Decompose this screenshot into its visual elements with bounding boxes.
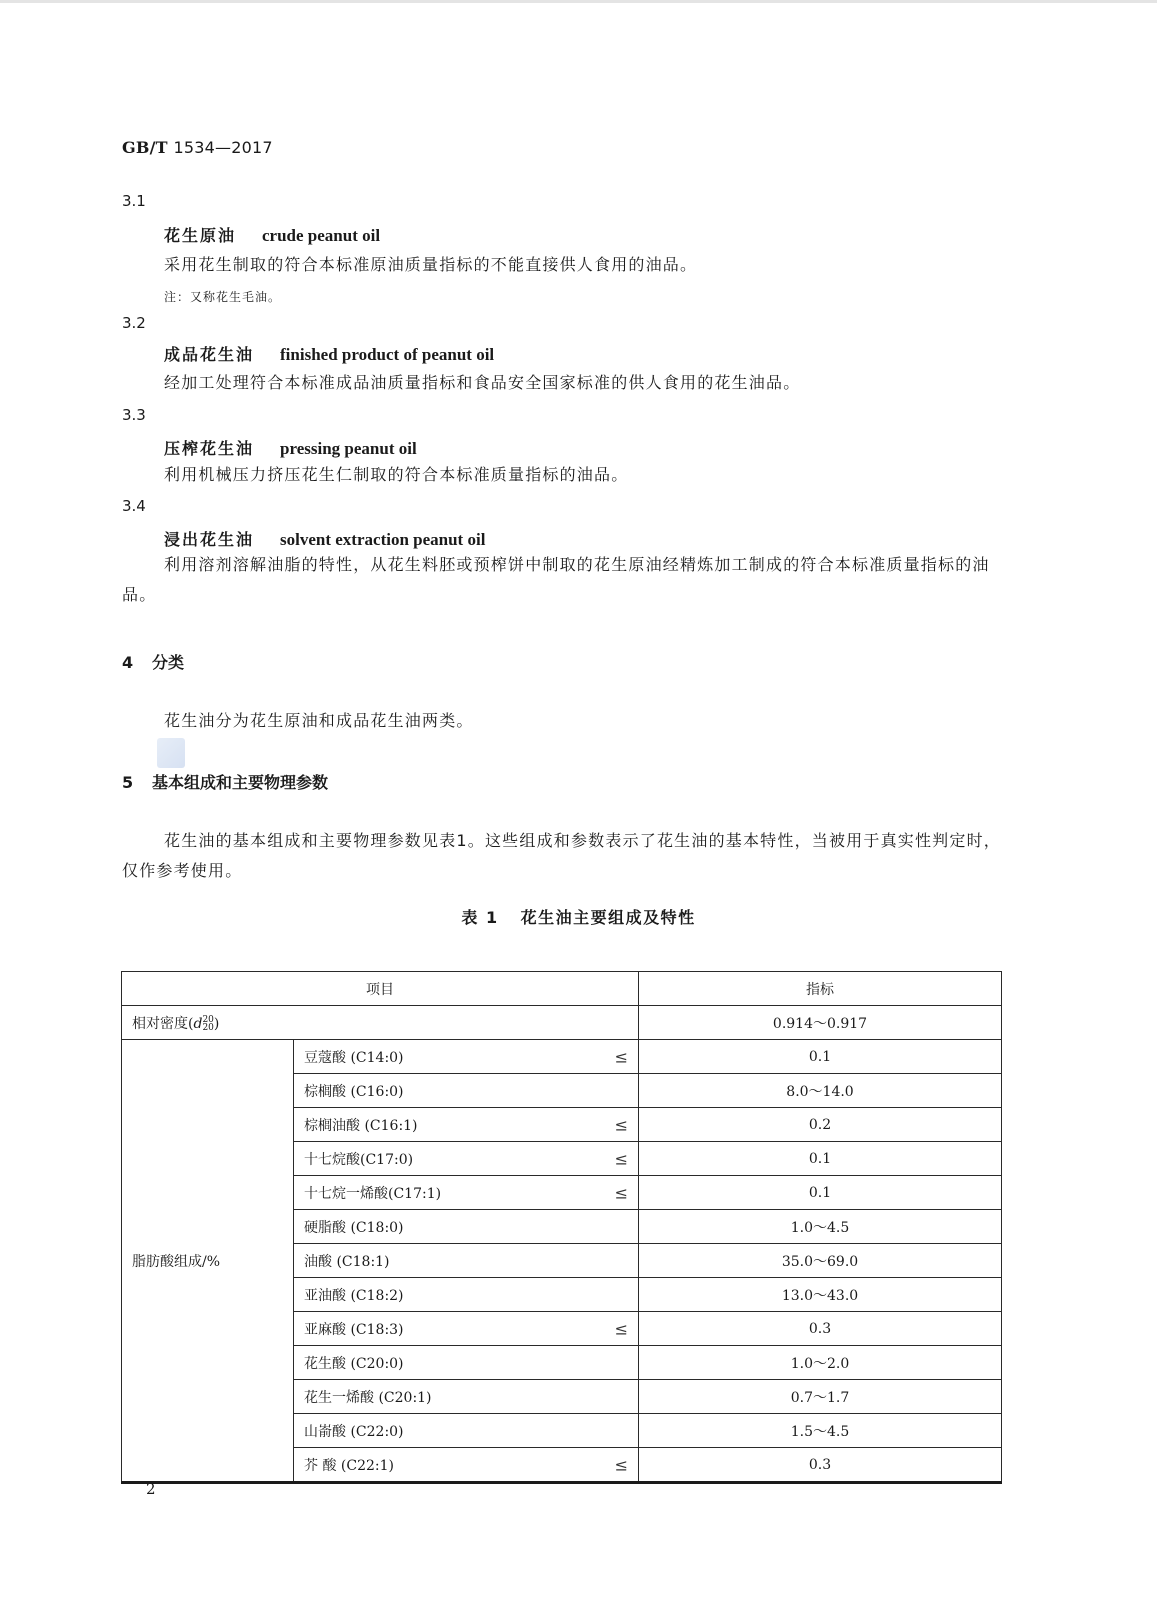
section-number: 4: [122, 653, 152, 672]
fatty-acid-name: 亚麻酸 (C18:3)≤: [294, 1312, 639, 1346]
fatty-acid-value: 1.0～2.0: [639, 1346, 1002, 1380]
section-title: 分类: [152, 653, 184, 672]
term-en: solvent extraction peanut oil: [280, 530, 485, 549]
fatty-acid-group-label: 脂肪酸组成/%: [122, 1040, 294, 1483]
fatty-acid-value: 8.0～14.0: [639, 1074, 1002, 1108]
standard-prefix: GB/T: [122, 138, 168, 157]
table-header-row: 项目 指标: [122, 972, 1002, 1006]
header-item: 项目: [122, 972, 639, 1006]
fatty-acid-name: 亚油酸 (C18:2): [294, 1278, 639, 1312]
fatty-acid-name: 硬脂酸 (C18:0): [294, 1210, 639, 1244]
section-body: 花生油分为花生原油和成品花生油两类。: [122, 706, 1002, 736]
less-equal-icon: ≤: [615, 1115, 628, 1134]
fatty-acid-name: 棕榈酸 (C16:0): [294, 1074, 639, 1108]
fatty-acid-name: 山嵛酸 (C22:0): [294, 1414, 639, 1448]
term-definition: 经加工处理符合本标准成品油质量指标和食品安全国家标准的供人食用的花生油品。: [164, 368, 1004, 398]
fatty-acid-name: 花生酸 (C20:0): [294, 1346, 639, 1380]
fatty-acid-name: 芥 酸 (C22:1)≤: [294, 1448, 639, 1483]
section-heading: 5基本组成和主要物理参数: [122, 770, 328, 793]
watermark-logo-icon: [157, 738, 185, 768]
page-top-edge: [0, 0, 1157, 3]
composition-table: 项目 指标 相对密度(d2020) 0.914～0.917 脂肪酸组成/% 豆蔻…: [121, 971, 1002, 1484]
fatty-acid-value: 0.7～1.7: [639, 1380, 1002, 1414]
table-row-density: 相对密度(d2020) 0.914～0.917: [122, 1006, 1002, 1040]
standard-number: 1534—2017: [174, 138, 273, 157]
less-equal-icon: ≤: [615, 1149, 628, 1168]
clause-number: 3.2: [122, 314, 146, 332]
less-equal-icon: ≤: [615, 1047, 628, 1066]
term-zh: 浸出花生油: [164, 530, 254, 549]
term-heading: 成品花生油finished product of peanut oil: [164, 342, 494, 365]
term-en: crude peanut oil: [262, 226, 380, 245]
fatty-acid-value: 0.1: [639, 1176, 1002, 1210]
fatty-acid-value: 0.1: [639, 1142, 1002, 1176]
section-title: 基本组成和主要物理参数: [152, 773, 328, 792]
fatty-acid-value: 1.5～4.5: [639, 1414, 1002, 1448]
fatty-acid-value: 35.0～69.0: [639, 1244, 1002, 1278]
term-heading: 花生原油crude peanut oil: [164, 223, 380, 246]
term-zh: 成品花生油: [164, 345, 254, 364]
fatty-acid-value: 13.0～43.0: [639, 1278, 1002, 1312]
standard-code: GB/T 1534—2017: [122, 138, 273, 157]
clause-number: 3.3: [122, 406, 146, 424]
term-zh: 压榨花生油: [164, 439, 254, 458]
less-equal-icon: ≤: [615, 1183, 628, 1202]
fatty-acid-name: 十七烷一烯酸(C17:1)≤: [294, 1176, 639, 1210]
less-equal-icon: ≤: [615, 1319, 628, 1338]
term-note: 注：又称花生毛油。: [164, 288, 281, 305]
fatty-acid-value: 0.2: [639, 1108, 1002, 1142]
page-number: 2: [146, 1480, 156, 1498]
fatty-acid-value: 0.3: [639, 1312, 1002, 1346]
less-equal-icon: ≤: [615, 1455, 628, 1474]
term-heading: 压榨花生油pressing peanut oil: [164, 436, 417, 459]
table-caption: 表 1花生油主要组成及特性: [0, 905, 1157, 928]
header-value: 指标: [639, 972, 1002, 1006]
section-heading: 4分类: [122, 650, 184, 673]
term-en: finished product of peanut oil: [280, 345, 494, 364]
density-label: 相对密度(d2020): [122, 1006, 639, 1040]
term-definition: 利用机械压力挤压花生仁制取的符合本标准质量指标的油品。: [164, 460, 1004, 490]
section-number: 5: [122, 773, 152, 792]
fatty-acid-name: 油酸 (C18:1): [294, 1244, 639, 1278]
fatty-acid-value: 1.0～4.5: [639, 1210, 1002, 1244]
clause-number: 3.1: [122, 192, 146, 210]
fatty-acid-name: 十七烷酸(C17:0)≤: [294, 1142, 639, 1176]
section-body: 花生油的基本组成和主要物理参数见表1。这些组成和参数表示了花生油的基本特性，当被…: [122, 826, 1002, 886]
fatty-acid-value: 0.1: [639, 1040, 1002, 1074]
table-row: 脂肪酸组成/% 豆蔻酸 (C14:0)≤ 0.1: [122, 1040, 1002, 1074]
table-title: 花生油主要组成及特性: [521, 908, 696, 927]
fatty-acid-name: 棕榈油酸 (C16:1)≤: [294, 1108, 639, 1142]
fatty-acid-value: 0.3: [639, 1448, 1002, 1483]
fatty-acid-name: 花生一烯酸 (C20:1): [294, 1380, 639, 1414]
term-definition: 采用花生制取的符合本标准原油质量指标的不能直接供人食用的油品。: [164, 250, 1004, 280]
fatty-acid-name: 豆蔻酸 (C14:0)≤: [294, 1040, 639, 1074]
clause-number: 3.4: [122, 497, 146, 515]
term-definition: 利用溶剂溶解油脂的特性，从花生料胚或预榨饼中制取的花生原油经精炼加工制成的符合本…: [122, 550, 1002, 610]
table-number: 表 1: [461, 908, 498, 927]
term-en: pressing peanut oil: [280, 439, 417, 458]
density-value: 0.914～0.917: [639, 1006, 1002, 1040]
term-zh: 花生原油: [164, 226, 236, 245]
term-heading: 浸出花生油solvent extraction peanut oil: [164, 527, 485, 550]
